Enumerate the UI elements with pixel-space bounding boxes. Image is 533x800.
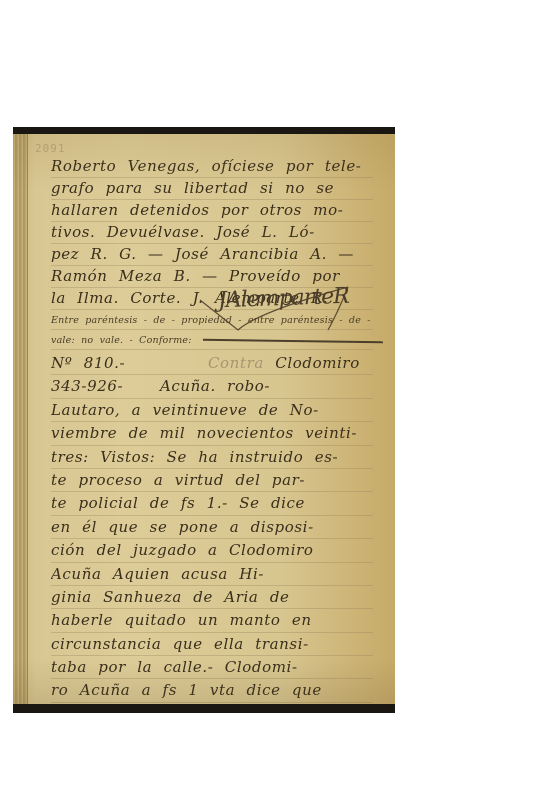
text-line: pez R. G. — José Arancibia A. — [51, 244, 373, 266]
margin-title: Contra [208, 354, 264, 372]
entry-code-line: 343-926- Acuña. robo- [51, 375, 373, 398]
text-line: ginia Sanhueza de Aria de [51, 586, 373, 609]
text-line: viembre de mil novecientos veinti- [51, 422, 373, 445]
margin-rule [27, 134, 28, 704]
text-line: grafo para su libertad si no se [51, 178, 373, 200]
text-line: te policial de fs 1.- Se dice [51, 492, 373, 515]
defendant-name: Clodomiro [275, 354, 360, 372]
text-line: Acuña Aquien acusa Hi- [51, 563, 373, 586]
case-code: 343-926- [51, 377, 123, 395]
entry-number: Nº 810.- [51, 354, 125, 372]
text-line: tivos. Devuélvase. José L. Ló- [51, 222, 373, 244]
text-line: taba por la calle.- Clodomi- [51, 656, 373, 679]
entry-header-line: Nº 810.- Contra Clodomiro [51, 352, 373, 375]
entry-section: Nº 810.- Contra Clodomiro 343-926- Acuña… [51, 352, 373, 704]
text-line: tres: Vistos: Se ha instruido es- [51, 446, 373, 469]
ledger-page: 2091 Roberto Venegas, ofíciese por tele-… [13, 134, 395, 704]
text-line: ro Acuña a fs 1 vta dice que [51, 679, 373, 702]
text-line: circunstancia que ella transi- [51, 633, 373, 656]
folio-stamp: 2091 [35, 142, 66, 155]
text-line: haberle quitado un manto en [51, 609, 373, 632]
page-edges [13, 134, 27, 704]
signature: JAlemparteR [218, 284, 350, 314]
text-line: es verdad que en la noche del [51, 703, 373, 704]
text-line: en él que se pone a disposi- [51, 516, 373, 539]
text-line: hallaren detenidos por otros mo- [51, 200, 373, 222]
text-line: ción del juzgado a Clodomiro [51, 539, 373, 562]
case-subject: Acuña. robo- [160, 377, 270, 395]
text-line: Roberto Venegas, ofíciese por tele- [51, 156, 373, 178]
text-line: Lautaro, a veintinueve de No- [51, 399, 373, 422]
text-line: te proceso a virtud del par- [51, 469, 373, 492]
